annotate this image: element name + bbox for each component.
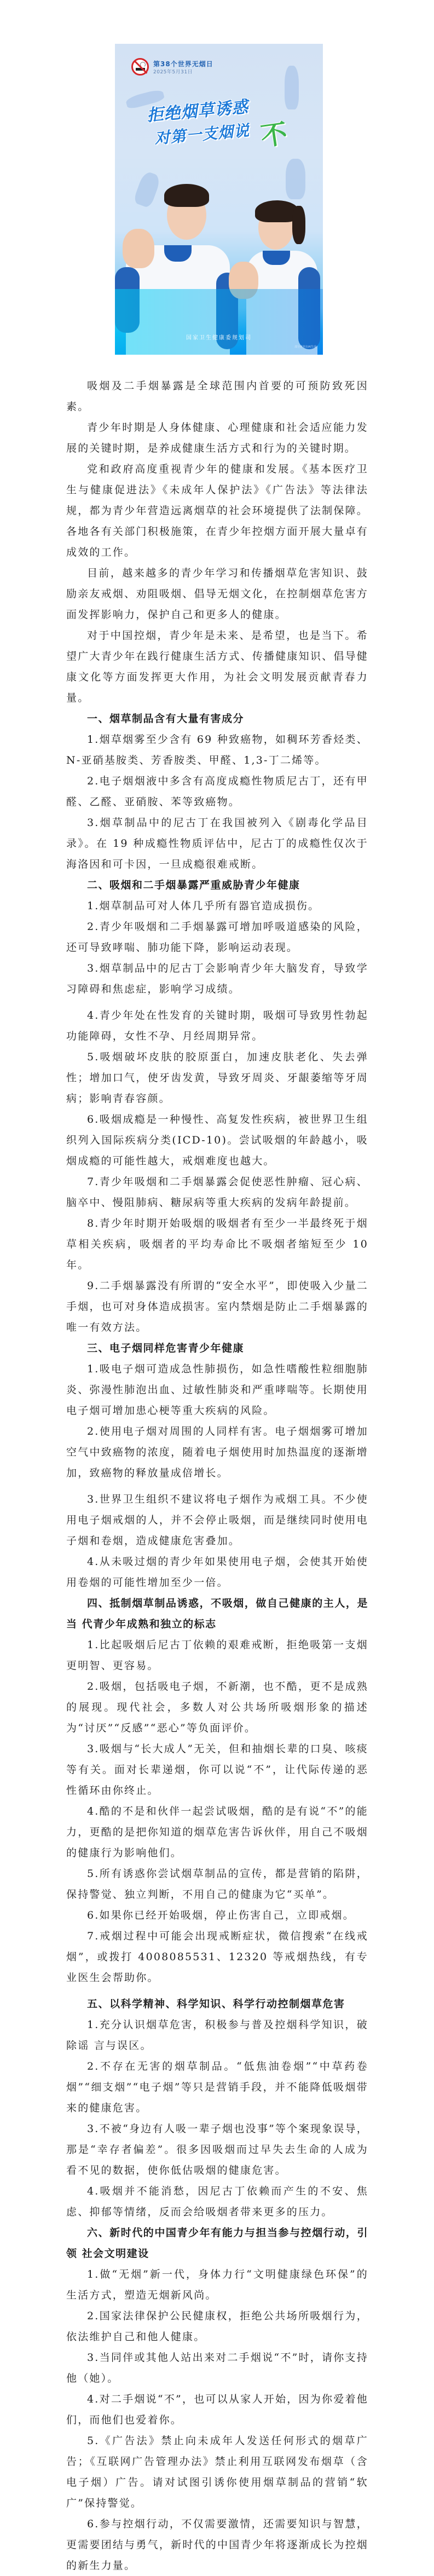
event-title: 第38个世界无烟日 [153, 59, 213, 68]
section-item: 3.当同伴或其他人站出来对二手烟说“不”时，请你支持他（她）。 [66, 2347, 368, 2389]
section-item: 6.如果你已经开始吸烟，停止伤害自己，立即戒烟。 [66, 1905, 368, 1926]
section-heading: 一、烟草制品含有大量有害成分 [66, 708, 368, 729]
raised-hand [123, 229, 154, 268]
section-heading: 四、抵制烟草制品诱惑，不吸烟，做自己健康的主人，是当 代青少年成熟和独立的标志 [66, 1593, 368, 1634]
section-item: 7.戒烟过程中可能会出现戒断症状，微信搜索“在线戒烟”，或拨打 40080855… [66, 1926, 368, 1988]
intro-paragraph: 党和政府高度重视青少年的健康和发展。《基本医疗卫生与健康促进法》《未成年人保护法… [66, 459, 368, 563]
section-item: 9.二手烟暴露没有所谓的“安全水平”，即使吸入少量二手烟，也可对身体造成损害。室… [66, 1275, 368, 1338]
intro-paragraph: 目前，越来越多的青少年学习和传播烟草危害知识、鼓励亲友戒烟、劝阻吸烟、倡导无烟文… [66, 563, 368, 625]
slogan-emphasis: 不 [258, 112, 289, 153]
section-item: 3.世界卫生组织不建议将电子烟作为戒烟工具。不少使用电子烟戒烟的人，并不会停止吸… [66, 1489, 368, 1551]
section-item: 4.从未吸过烟的青少年如果使用电子烟，会使其开始使用卷烟的可能性增加至少一倍。 [66, 1551, 368, 1593]
section-item: 1.烟草烟雾至少含有 69 种致癌物，如稠环芳香烃类、N-亚硝基胺类、芳香胺类、… [66, 729, 368, 771]
section-item: 7.青少年吸烟和二手烟暴露会促使恶性肿瘤、冠心病、脑卒中、慢阻肺病、糖尿病等重大… [66, 1171, 368, 1213]
section-heading: 五、以科学精神、科学知识、科学行动控制烟草危害 [66, 1994, 368, 2014]
section-item: 3.烟草制品中的尼古丁在我国被列入《剧毒化学品目录》。在 19 种成瘾性物质评估… [66, 812, 368, 875]
section-item: 1.做“无烟”新一代，身体力行“文明健康绿色环保”的生活方式，塑造无烟新风尚。 [66, 2264, 368, 2306]
section-item: 5.所有诱惑你尝试烟草制品的宣传，都是营销的陷阱，保持警觉、独立判断，不用自己的… [66, 1863, 368, 1905]
section-item: 3.吸烟与“长大成人”无关，但和抽烟长辈的口臭、咳痰等有关。面对长辈递烟，你可以… [66, 1738, 368, 1801]
section-item: 2.不存在无害的烟草制品。“低焦油卷烟”“中草药卷烟”“细支烟”“电子烟”等只是… [66, 2056, 368, 2118]
section-item: 1.充分认识烟草危害，积极参与普及控烟科学知识，破除谣 言与误区。 [66, 2014, 368, 2056]
section-item: 2.使用电子烟对周围的人同样有害。电子烟烟雾可增加空气中致癌物的浓度，随着电子烟… [66, 1421, 368, 1483]
section-item: 1.比起吸烟后尼古丁依赖的艰难戒断，拒绝吸第一支烟更明智、更容易。 [66, 1634, 368, 1676]
section-item: 4.酷的不是和伙伴一起尝试吸烟，酷的是有说“不”的能力，更酷的是把你知道的烟草危… [66, 1801, 368, 1863]
section-heading: 二、吸烟和二手烟暴露严重威胁青少年健康 [66, 875, 368, 896]
article-body: 吸烟及二手烟暴露是全球范围内首要的可预防致死因素。 青少年时期是人身体健康、心理… [66, 376, 368, 2576]
section-item: 4.青少年处在性发育的关键时期，吸烟可导致男性勃起功能障碍，女性不孕、月经周期异… [66, 1005, 368, 1047]
section-item: 1.吸电子烟可造成急性肺损伤，如急性嗜酸性粒细胞肺炎、弥漫性肺泡出血、过敏性肺炎… [66, 1359, 368, 1421]
section-item: 2.青少年吸烟和二手烟暴露可增加呼吸道感染的风险，还可导致哮喘、肺功能下降，影响… [66, 916, 368, 958]
intro-paragraph: 吸烟及二手烟暴露是全球范围内首要的可预防致死因素。 [66, 376, 368, 417]
section-item: 4.吸烟并不能消愁，因尼古丁依赖而产生的不安、焦虑、抑郁等情绪，反而会给吸烟者带… [66, 2181, 368, 2222]
section-heading: 三、电子烟同样危害青少年健康 [66, 1338, 368, 1359]
section-item: 2.国家法律保护公民健康权，拒绝公共场所吸烟行为，依法维护自己和他人健康。 [66, 2306, 368, 2347]
no-smoking-icon [131, 58, 149, 76]
section-item: 8.青少年时期开始吸烟的吸烟者有至少一半最终死于烟草相关疾病，吸烟者的平均寿命比… [66, 1213, 368, 1275]
section-item: 5.《广告法》禁止向未成年人发送任何形式的烟草广告；《互联网广告管理办法》禁止利… [66, 2430, 368, 2514]
ai-generated-note: 部分素材由AI生成 [294, 345, 316, 349]
event-date: 2025年5月31日 [153, 68, 193, 75]
section-item: 2.电子烟烟液中多含有高度成瘾性物质尼古丁，还有甲醛、乙醛、亚硝胺、苯等致癌物。 [66, 771, 368, 812]
intro-paragraph: 对于中国控烟，青少年是未来、是希望，也是当下。希望广大青少年在践行健康生活方式、… [66, 625, 368, 708]
section-item: 3.烟草制品中的尼古丁会影响青少年大脑发育，导致学习障碍和焦虑症，影响学习成绩。 [66, 958, 368, 1000]
section-item: 6.参与控烟行动，不仅需要激情，还需要知识与智慧，更需要团结与勇气，新时代的中国… [66, 2514, 368, 2576]
section-item: 4.对二手烟说“不”，也可以从家人开始，因为你爱着他们，而他们也爱着你。 [66, 2389, 368, 2430]
section-item: 6.吸烟成瘾是一种慢性、高复发性疾病，被世界卫生组织列入国际疾病分类(ICD-1… [66, 1109, 368, 1171]
section-item: 3.不被“身边有人吸一辈子烟也没事”等个案现象误导，那是“幸存者偏差”。很多因吸… [66, 2118, 368, 2181]
section-item: 5.吸烟破坏皮肤的胶原蛋白，加速皮肤老化、失去弹性；增加口气，使牙齿发黄，导致牙… [66, 1047, 368, 1109]
poster-credit: 国家卫生健康委规划司 [115, 333, 323, 341]
intro-paragraph: 青少年时期是人身体健康、心理健康和社会适应能力发展的关键时期，是养成健康生活方式… [66, 417, 368, 459]
world-no-tobacco-day-poster: 第38个世界无烟日 2025年5月31日 拒绝烟草诱惑 对第一支烟说 不 国家卫… [115, 44, 323, 355]
section-item: 1.烟草制品可对人体几乎所有器官造成损伤。 [66, 896, 368, 916]
tennis-player-silhouette [285, 66, 299, 109]
section-item: 2.吸烟，包括吸电子烟，不新潮，也不酷，更不是成熟的展现。现代社会，多数人对公共… [66, 1676, 368, 1738]
section-heading: 六、新时代的中国青少年有能力与担当参与控烟行动，引领 社会文明建设 [66, 2222, 368, 2264]
